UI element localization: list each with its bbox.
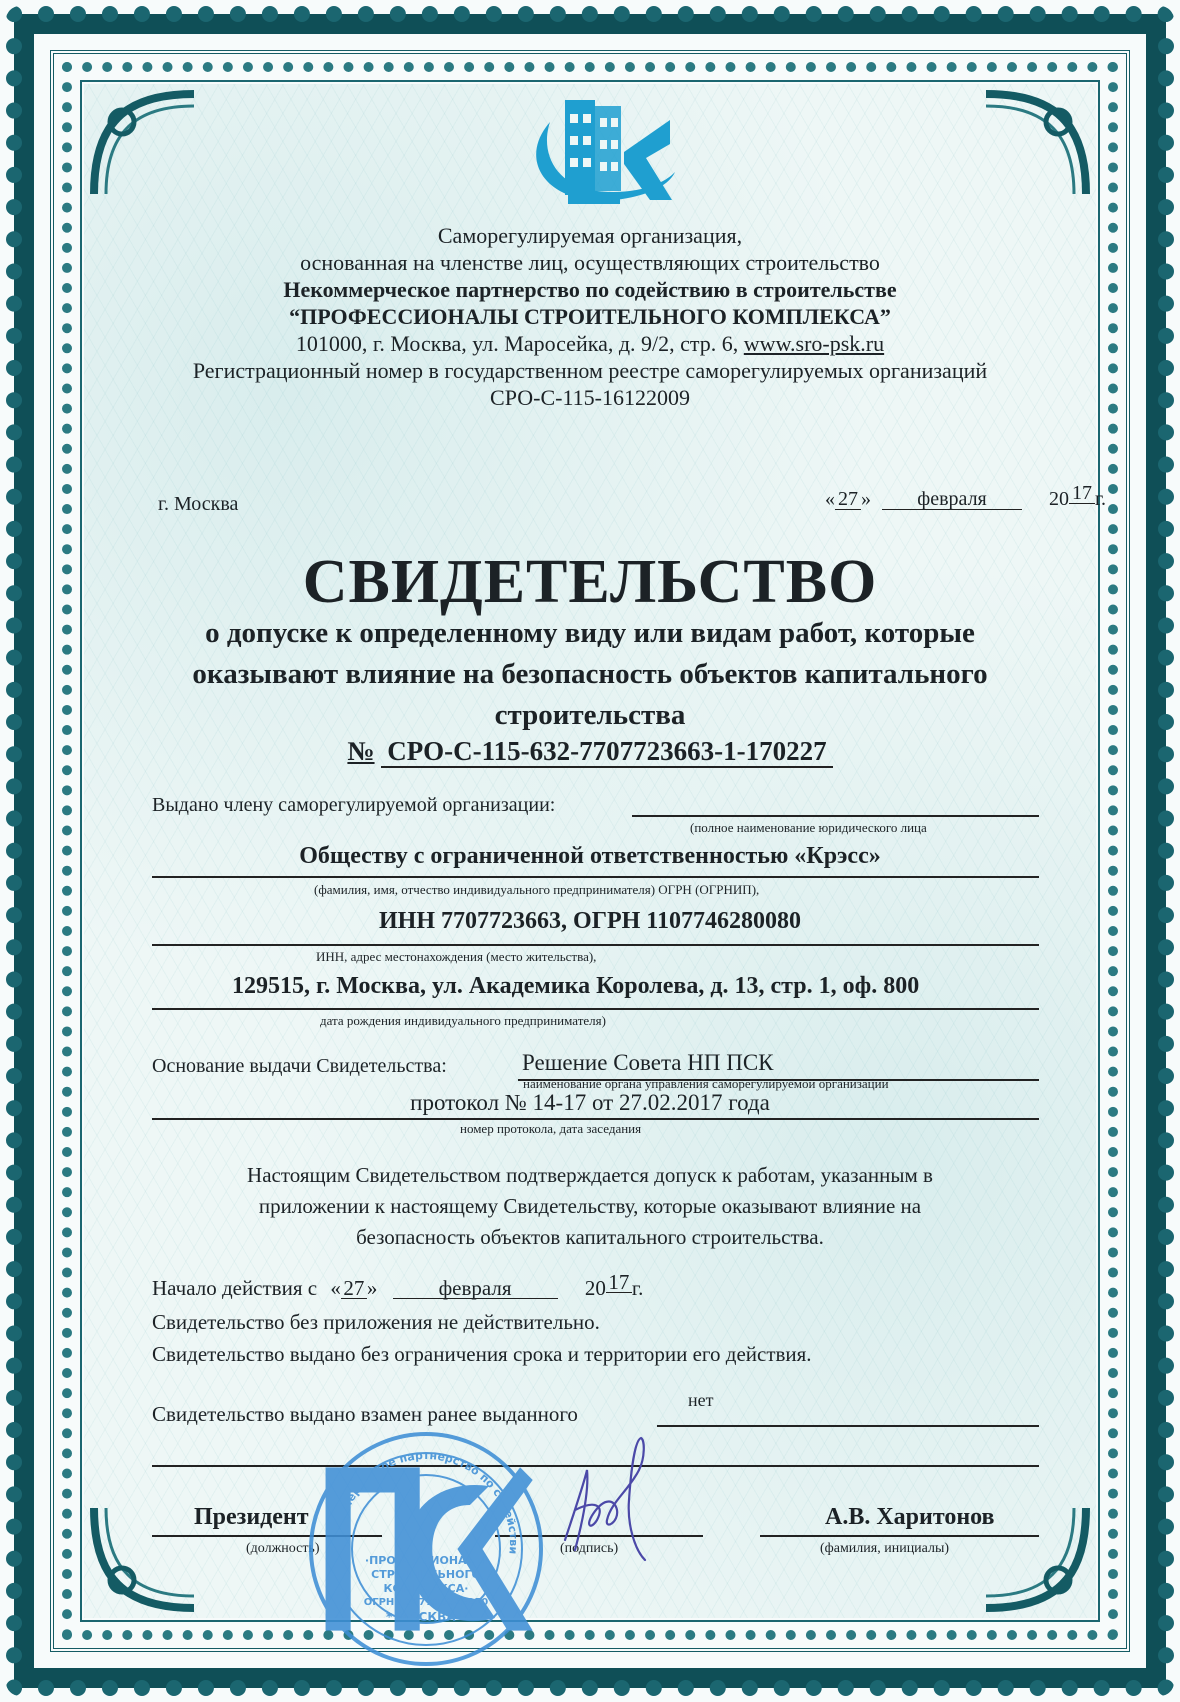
confirmation-line: Настоящим Свидетельством подтверждается … (130, 1160, 1050, 1191)
signer-position: Президент (194, 1504, 309, 1531)
validity-month: февраля (393, 1278, 558, 1299)
issue-date: «27» февраля 2017г. (825, 488, 1106, 511)
organization-address: 101000, г. Москва, ул. Маросейка, д. 9/2… (296, 331, 738, 356)
confirmation-line: приложении к настоящему Свидетельству, к… (130, 1191, 1050, 1222)
validity-year-prefix: 20 (585, 1276, 606, 1300)
organization-logo-icon (520, 92, 685, 210)
handwritten-signature (545, 1430, 675, 1565)
quote-close: » (367, 1276, 378, 1300)
member-address: 129515, г. Москва, ул. Академика Королев… (232, 973, 919, 1000)
name-hint: (фамилия, инициалы) (820, 1541, 949, 1557)
stamp-line: СТРОИТЕЛЬНОГО (353, 1568, 499, 1582)
hint-ip: (фамилия, имя, отчество индивидуального … (314, 882, 759, 898)
quote-close: » (861, 488, 871, 510)
validity-note-unlimited: Свидетельство выдано без ограничения сро… (152, 1342, 812, 1367)
replacement-label: Свидетельство выдано взамен ранее выданн… (152, 1402, 578, 1427)
validity-year-suffix: 17 (606, 1272, 632, 1293)
number-sign: № (347, 736, 374, 766)
field-underline (632, 815, 1039, 817)
issue-day: 27 (835, 489, 861, 510)
organization-website-link[interactable]: www.sro-psk.ru (744, 331, 884, 356)
field-underline (657, 1425, 1039, 1427)
certificate-subtitle: о допуске к определенному виду или видам… (110, 613, 1070, 736)
issue-month: февраля (882, 489, 1022, 510)
confirmation-text: Настоящим Свидетельством подтверждается … (130, 1160, 1050, 1253)
subtitle-line: о допуске к определенному виду или видам… (110, 613, 1070, 654)
registry-label: Регистрационный номер в государственном … (110, 357, 1070, 384)
inn-ogrn: ИНН 7707723663, ОГРН 1107746280080 (130, 908, 1050, 935)
validity-start: Начало действия с «27» февраля 2017г. (152, 1276, 643, 1301)
stamp-line: КОМПЛЕКСА· (353, 1582, 499, 1596)
stamp-ogrn: ОГРН 1097799028250 (353, 1596, 499, 1610)
protocol-value: протокол № 14-17 от 27.02.2017 года (130, 1090, 1050, 1116)
quote-open: « (825, 488, 835, 510)
basis-label: Основание выдачи Свидетельства: (152, 1055, 447, 1078)
organization-seal-stamp: Некоммерческое партнерство по содействию… (309, 1432, 543, 1666)
issue-place: г. Москва (158, 493, 238, 516)
organization-address-line: 101000, г. Москва, ул. Маросейка, д. 9/2… (130, 330, 1050, 357)
stamp-center-text: ·ПРОФЕССИОНАЛЫ СТРОИТЕЛЬНОГО КОМПЛЕКСА· … (353, 1554, 499, 1624)
organization-type: Саморегулируемая организация, (130, 222, 1050, 249)
confirmation-line: безопасность объектов капитального строи… (130, 1222, 1050, 1253)
hint-birth: дата рождения индивидуального предприним… (320, 1013, 606, 1029)
replacement-value: нет (688, 1390, 714, 1411)
organization-name-line1: Некоммерческое партнерство по содействию… (130, 276, 1050, 303)
subtitle-line: строительства (110, 695, 1070, 736)
issue-year-suffix: 17 (1069, 483, 1095, 504)
organization-membership: основанная на членстве лиц, осуществляющ… (130, 249, 1050, 276)
issue-year-prefix: 20 (1049, 488, 1069, 510)
hint-full-name: (полное наименование юридического лица (690, 820, 927, 836)
issue-year-end: г. (1095, 488, 1106, 510)
registry-number: СРО-С-115-16122009 (130, 384, 1050, 411)
certificate-number-row: № СРО-С-115-632-7707723663-1-170227 (130, 736, 1050, 767)
certificate-title: СВИДЕТЕЛЬСТВО (130, 547, 1050, 618)
issued-to-label: Выдано члену саморегулируемой организаци… (152, 794, 555, 817)
organization-name-line2: “ПРОФЕССИОНАЛЫ СТРОИТЕЛЬНОГО КОМПЛЕКСА” (130, 303, 1050, 330)
hint-protocol: номер протокола, дата заседания (460, 1121, 641, 1137)
signer-name: А.В. Харитонов (825, 1504, 995, 1531)
stamp-line: ·ПРОФЕССИОНАЛЫ (353, 1554, 499, 1568)
field-underline (152, 1008, 1039, 1010)
validity-note-appendix: Свидетельство без приложения не действит… (152, 1310, 600, 1335)
field-underline (152, 876, 1039, 878)
subtitle-line: оказывают влияние на безопасность объект… (110, 654, 1070, 695)
validity-year-end: г. (632, 1276, 644, 1300)
field-underline (152, 944, 1039, 946)
basis-value: Решение Совета НП ПСК (522, 1050, 774, 1076)
quote-open: « (330, 1276, 341, 1300)
psk-logo-icon (313, 1436, 539, 1662)
field-underline (152, 1118, 1039, 1120)
validity-start-label: Начало действия с (152, 1276, 317, 1300)
stamp-city: * МОСКВА * (353, 1610, 499, 1624)
certificate-number: СРО-С-115-632-7707723663-1-170227 (381, 736, 832, 768)
hint-address: ИНН, адрес местонахождения (место житель… (316, 949, 596, 965)
validity-day: 27 (341, 1278, 367, 1299)
field-underline (760, 1535, 1039, 1537)
company-name: Обществу с ограниченной ответственностью… (130, 843, 1050, 870)
